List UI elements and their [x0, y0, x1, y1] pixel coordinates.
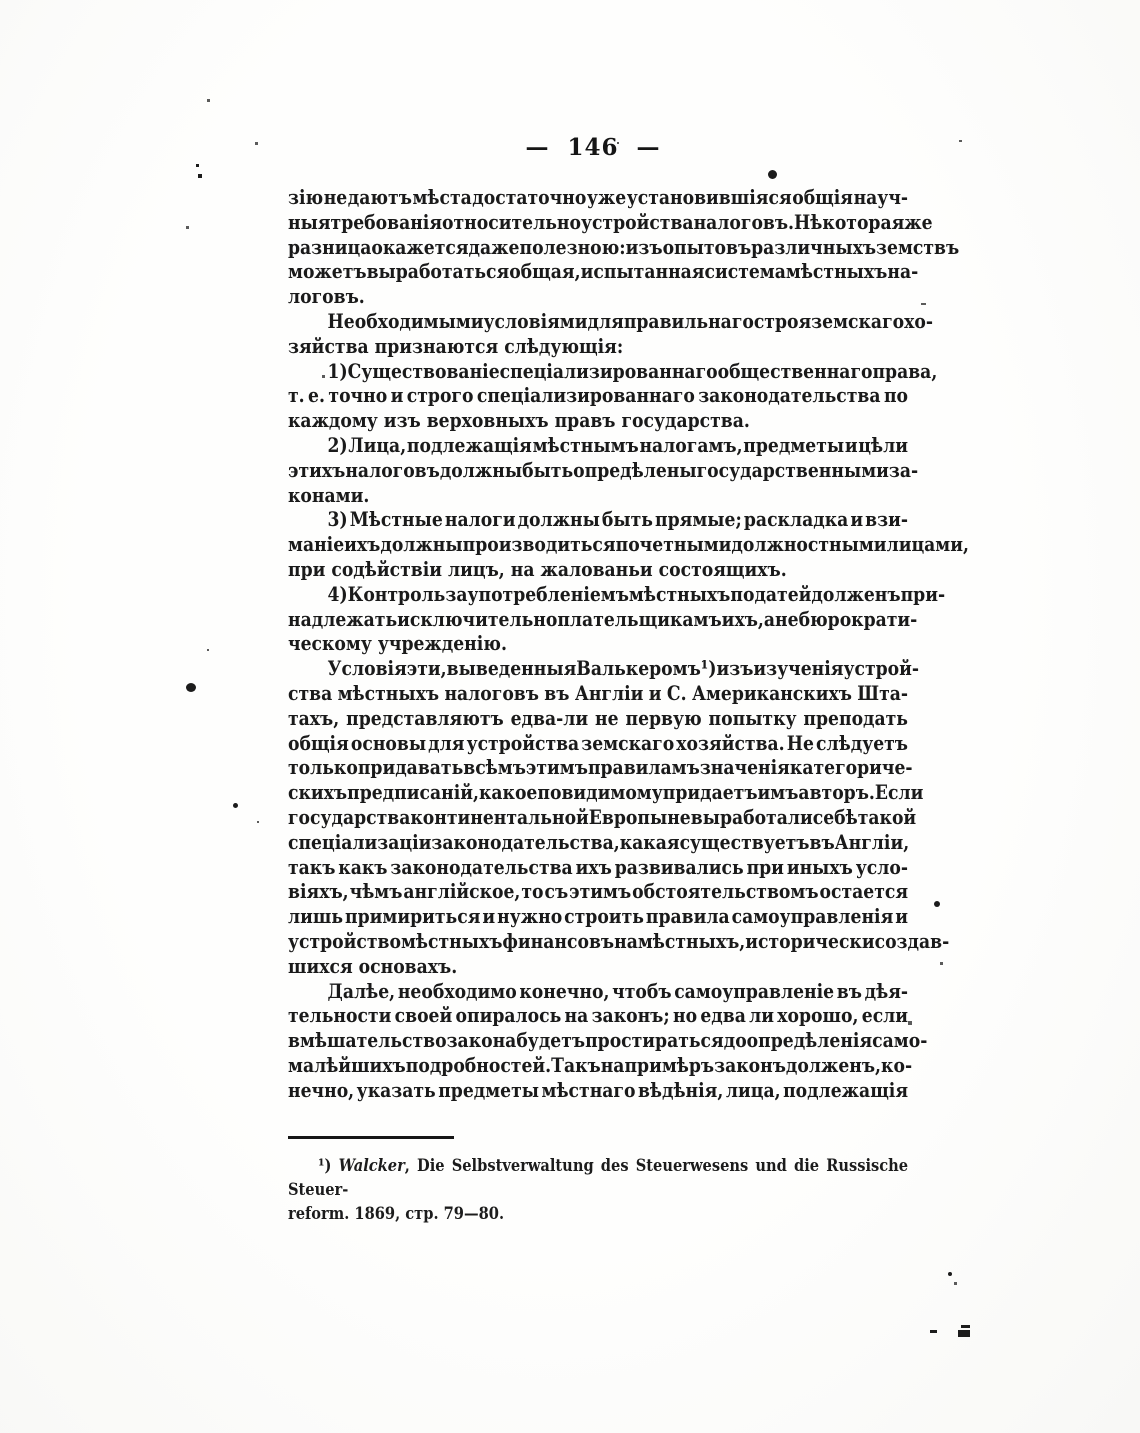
scan-speck	[954, 1282, 957, 1285]
text-line: лишьпримиритьсяинужностроитьправиласамоу…	[288, 904, 908, 929]
scan-speck	[958, 1330, 970, 1337]
scan-speck	[186, 226, 189, 229]
book-page: — 146 — зіюнедаютъмѣстадостаточноужеуста…	[0, 0, 1140, 1433]
text-line: при содѣйствіи лицъ, на жалованьи состоя…	[288, 557, 908, 582]
scan-speck	[934, 901, 940, 907]
scan-speck	[940, 962, 943, 965]
footnote-separator	[288, 1136, 454, 1139]
scan-speck	[898, 1039, 901, 1043]
scan-speck	[233, 803, 238, 808]
scan-speck	[196, 164, 199, 167]
text-line: каждому изъ верховныхъ правъ государства…	[288, 408, 908, 433]
scan-speck	[921, 303, 926, 305]
text-line: Необходимымиусловіямидляправильнагостроя…	[288, 309, 908, 334]
text-line: 4)Контрользаупотребленіемъмѣстныхъподате…	[288, 582, 908, 607]
text-line: маніеихъдолжныпроизводитьсяпочетнымидолж…	[288, 532, 908, 557]
text-line: зіюнедаютъмѣстадостаточноужеустановившія…	[288, 185, 908, 210]
text-line: толькопридаватьвсѣмъэтимъправиламъзначен…	[288, 755, 908, 780]
scan-speck	[186, 683, 196, 692]
text-line: логовъ.	[288, 284, 908, 309]
text-line: ныятребованіяотносительноустройстваналог…	[288, 210, 908, 235]
scan-speck	[959, 140, 962, 142]
text-line: 1)Существованіеспеціализированнагообщест…	[288, 359, 908, 384]
text-line: ствамѣстныхъналоговъвъАнгліииС.Американс…	[288, 681, 908, 706]
footnote-line-2: reform. 1869, стр. 79—80.	[288, 1202, 908, 1226]
text-line: Условіяэти,выведенныяВалькеромъ¹)изъизуч…	[288, 656, 908, 681]
text-line: шихся основахъ.	[288, 954, 908, 979]
text-line: віяхъ,чѣмъанглійское,тосъэтимъобстоятель…	[288, 879, 908, 904]
text-line: тельностисвоейопиралосьназаконъ;ноедвали…	[288, 1003, 908, 1028]
scan-speck	[322, 375, 325, 378]
text-line: государстваконтинентальнойЕвропыневырабо…	[288, 805, 908, 830]
text-line: спеціализаціизаконодательства,какаясущес…	[288, 830, 908, 855]
text-line: ческому учрежденію.	[288, 631, 908, 656]
text-line: скихъпредписаній,какоеповидимомупридаетъ…	[288, 780, 908, 805]
footnote: ¹) Walcker, Die Selbstverwaltung des Ste…	[288, 1154, 908, 1226]
text-line: малѣйшихъподробностей.Такънапримѣръзакон…	[288, 1053, 908, 1078]
scan-speck	[768, 170, 777, 179]
body-text: зіюнедаютъмѣстадостаточноужеустановившія…	[288, 185, 908, 1102]
text-line: Далѣе,необходимоконечно,чтобъсамоуправле…	[288, 979, 908, 1004]
page-number: — 146 —	[288, 134, 898, 161]
text-line: т.е.точноистрогоспеціализированнагозакон…	[288, 383, 908, 408]
text-line: 2)Лица,подлежащіямѣстнымъналогамъ,предме…	[288, 433, 908, 458]
footnote-marker: ¹)	[318, 1156, 331, 1176]
scan-speck	[207, 99, 210, 102]
text-line: конами.	[288, 483, 908, 508]
text-line: вмѣшательствозаконабудетъпростиратьсядоо…	[288, 1028, 908, 1053]
text-line: этихъналоговъдолжныбытьопредѣленыгосудар…	[288, 458, 908, 483]
scan-speck	[255, 142, 258, 145]
scan-speck	[257, 821, 259, 823]
text-line: общіяосновыдляустройстваземскагохозяйств…	[288, 731, 908, 756]
scan-speck	[207, 649, 209, 651]
text-line: такъкакъзаконодательстваихъразвивалисьпр…	[288, 855, 908, 880]
text-line: 3)Мѣстныеналогидолжныбытьпрямые;раскладк…	[288, 507, 908, 532]
text-line: надлежатьисключительноплательщикамъихъ,а…	[288, 607, 908, 632]
footnote-author: Walcker	[339, 1156, 405, 1176]
scan-speck	[961, 1325, 970, 1328]
text-line: зяйства признаются слѣдующія:	[288, 334, 908, 359]
text-line: можетъвыработатьсяобщая,испытаннаясистем…	[288, 259, 908, 284]
scan-speck	[617, 142, 619, 144]
scan-speck	[198, 174, 202, 178]
text-line: тахъ,представляютъедва-линепервуюпопытку…	[288, 706, 908, 731]
scan-speck	[930, 1330, 937, 1333]
scan-speck	[908, 1021, 912, 1025]
text-line: устройствомѣстныхъфинансовънамѣстныхъ,ис…	[288, 929, 908, 954]
text-line: нечно,указатьпредметымѣстнаговѣдѣнія,лиц…	[288, 1078, 908, 1103]
scan-speck	[948, 1272, 952, 1276]
footnote-line-1: ¹) Walcker, Die Selbstverwaltung des Ste…	[288, 1154, 908, 1202]
text-line: разницаокажетсядажеполезною:изъопытовъра…	[288, 235, 908, 260]
